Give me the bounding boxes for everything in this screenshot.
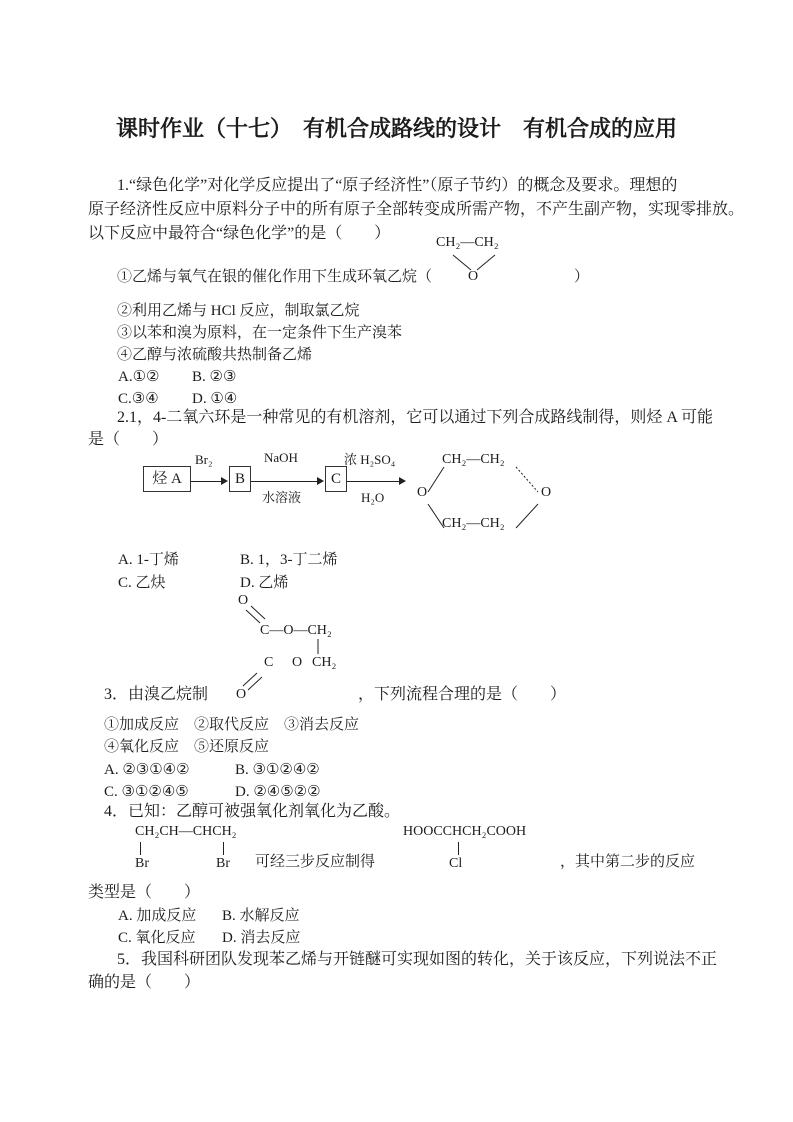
chlorosuccinic-cl: Cl [449, 856, 462, 872]
epoxide-ch2-ch2: CH₂—CH₂ [436, 235, 499, 251]
diester-row1: C—O—CH₂ [260, 623, 332, 639]
q5-line2: 确的是（ ） [88, 973, 200, 993]
scheme-arrow-3 [347, 481, 403, 482]
q1-line2: 原子经济性反应中原料分子中的所有原子全部转变成所需产物，不产生副产物，实现零排放… [88, 200, 744, 220]
scheme-arrow-1 [191, 481, 225, 482]
q3-row: 3．由溴乙烷制 O C—O—CH₂ C O CH₂ O ，下列流程合理的是（ ） [104, 593, 566, 705]
scheme-arrow-2 [251, 481, 321, 482]
q1-item1-text: ①乙烯与氧气在银的催化作用下生成环氧乙烷（ [117, 267, 432, 287]
q4-option-b: B. 水解反应 [222, 906, 300, 926]
q2-option-a: A. 1-丁烯 [118, 550, 179, 570]
q2-line1: 2.1，4-二氧六环是一种常见的有机溶剂，它可以通过下列合成路线制得，则烃 A … [117, 408, 713, 428]
q3-option-b: B. ③①②④② [235, 760, 320, 780]
dioxane-top-ch2ch2: CH₂—CH₂ [442, 452, 505, 468]
q1-item4: ④乙醇与浓硫酸共热制备乙烯 [117, 345, 312, 365]
q2-option-b: B. 1，3-丁二烯 [240, 550, 338, 570]
diester-bonds [230, 593, 348, 705]
q1-option-d: D. ①④ [192, 389, 237, 409]
epoxide-o: O [468, 269, 478, 285]
q1-option-a: A.①② [118, 367, 159, 387]
q1-item2: ②利用乙烯与 HCl 反应，制取氯乙烷 [117, 301, 360, 321]
dioxane-structure: CH₂—CH₂ O O CH₂—CH₂ [415, 452, 555, 534]
q4-post-text: ，其中第二步的反应 [560, 852, 695, 872]
diester-row2-ch2: CH₂ [312, 655, 336, 671]
q3-pre-text: 3．由溴乙烷制 [104, 685, 208, 705]
scheme-arrow-2-bottom-label: 水溶液 [262, 490, 301, 505]
dibromobutene-formula: CH₂CH—CHCH₂ [135, 824, 237, 840]
q2-option-c: C. 乙炔 [118, 573, 166, 593]
q4-option-a: A. 加成反应 [118, 906, 196, 926]
dibromobutene-br-2: Br [216, 856, 230, 872]
dibromobutene-bond-1 [140, 842, 141, 855]
q3-option-a: A. ②③①④② [104, 760, 190, 780]
q2-reaction-scheme: 烃 A Br₂ B NaOH 水溶液 C 浓 H₂SO₄ H₂O [143, 450, 405, 512]
scheme-arrow-2-head [317, 477, 324, 485]
ethylene-oxide-structure: CH₂—CH₂ O [436, 235, 528, 287]
q5-line1: 5．我国科研团队发现苯乙烯与开链醚可实现如图的转化，关于该反应，下列说法不正 [117, 950, 717, 970]
diester-o-top: O [238, 593, 248, 609]
q4-line2: 类型是（ ） [88, 883, 200, 903]
scheme-box-hydrocarbon-a: 烃 A [143, 466, 191, 492]
worksheet-page: 课时作业（十七） 有机合成路线的设计 有机合成的应用 1.“绿色化学”对化学反应… [0, 0, 793, 1122]
scheme-arrow-3-bottom-label: H₂O [361, 490, 384, 505]
q4-mid-text: 可经三步反应制得 [255, 852, 375, 872]
q2-line2: 是（ ） [88, 430, 168, 450]
scheme-box-b: B [229, 466, 251, 492]
scheme-arrow-3-top-label: 浓 H₂SO₄ [344, 452, 395, 467]
q1-line1: 1.“绿色化学”对化学反应提出了“原子经济性”（原子节约）的概念及要求。理想的 [117, 176, 677, 196]
dibromobutene-br-1: Br [135, 856, 149, 872]
page-title: 课时作业（十七） 有机合成路线的设计 有机合成的应用 [0, 114, 793, 144]
diester-row2-o: O [292, 655, 302, 671]
q4-option-d: D. 消去反应 [222, 928, 300, 948]
q1-item1-close-paren: ） [574, 267, 589, 287]
q1-option-c: C.③④ [118, 389, 159, 409]
dioxane-right-o: O [541, 485, 551, 501]
dibromobutene-structure: CH₂CH—CHCH₂ Br Br [135, 824, 247, 872]
chlorosuccinic-structure: HOOCCHCH₂COOH Cl [403, 824, 558, 872]
scheme-box-c: C [325, 466, 347, 492]
chlorosuccinic-bond [458, 842, 459, 855]
scheme-arrow-1-label: Br₂ [195, 452, 213, 467]
dioxane-left-o: O [417, 485, 427, 501]
diester-row2-c: C [264, 655, 273, 671]
q3-option-c: C. ③①②④⑤ [104, 782, 189, 802]
q3-items2: ④氧化反应 ⑤还原反应 [104, 737, 269, 757]
scheme-arrow-1-head [221, 477, 228, 485]
scheme-arrow-2-top-label: NaOH [264, 450, 298, 465]
q4-row: CH₂CH—CHCH₂ Br Br 可经三步反应制得 HOOCCHCH₂COOH… [135, 824, 695, 872]
q1-item3: ③以苯和溴为原料，在一定条件下生产溴苯 [117, 323, 402, 343]
q4-option-c: C. 氧化反应 [118, 928, 196, 948]
diester-o-bottom: O [236, 687, 246, 703]
q2-option-d: D. 乙烯 [240, 573, 288, 593]
scheme-arrow-3-head [399, 477, 406, 485]
q4-intro: 4．已知：乙醇可被强氧化剂氧化为乙酸。 [104, 802, 400, 822]
q1-option-b: B. ②③ [192, 367, 236, 387]
dibromobutene-bond-2 [223, 842, 224, 855]
dioxane-bottom-ch2ch2: CH₂—CH₂ [442, 516, 505, 532]
q3-items1: ①加成反应 ②取代反应 ③消去反应 [104, 715, 359, 735]
q3-post-text: ，下列流程合理的是（ ） [358, 685, 566, 705]
q3-option-d: D. ②④⑤②② [235, 782, 321, 802]
chlorosuccinic-formula: HOOCCHCH₂COOH [403, 824, 526, 840]
q1-item1-row: ①乙烯与氧气在银的催化作用下生成环氧乙烷（ CH₂—CH₂ O ） [117, 235, 589, 287]
diester-structure: O C—O—CH₂ C O CH₂ O [230, 593, 348, 705]
